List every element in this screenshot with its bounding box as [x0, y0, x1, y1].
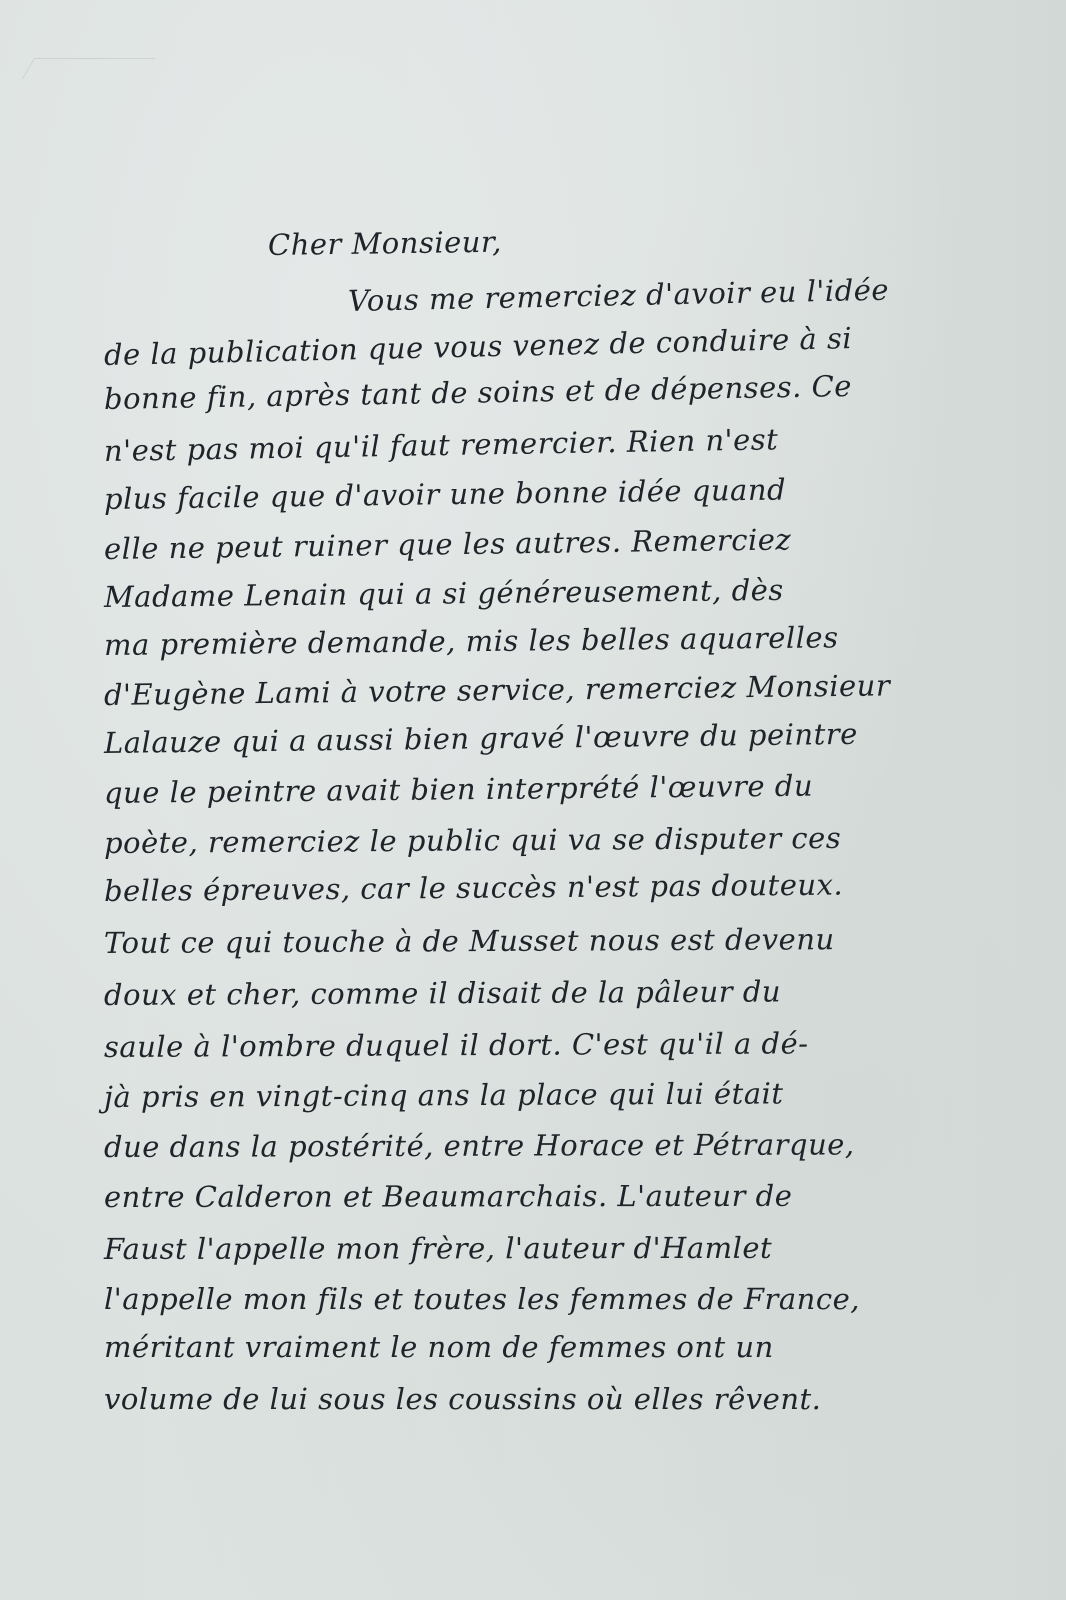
letter-line: méritant vraiment le nom de femmes ont u… — [104, 1330, 774, 1364]
letter-line: saule à l'ombre duquel il dort. C'est qu… — [104, 1026, 809, 1064]
letter-line: plus facile que d'avoir une bonne idée q… — [104, 472, 787, 516]
letter-line: bonne fin, après tant de soins et de dép… — [104, 369, 852, 416]
letter-line: ma première demande, mis les belles aqua… — [104, 620, 839, 662]
letter-line: que le peintre avait bien interprété l'œ… — [104, 769, 813, 810]
letter-line: Faust l'appelle mon frère, l'auteur d'Ha… — [104, 1231, 772, 1266]
letter-line: entre Calderon et Beaumarchais. L'auteur… — [104, 1179, 792, 1214]
letter-line: jà pris en vingt-cinq ans la place qui l… — [104, 1076, 784, 1114]
salutation: Cher Monsieur, — [268, 225, 502, 262]
letter-line: Madame Lenain qui a si généreusement, dè… — [104, 573, 784, 614]
letter-line: poète, remerciez le public qui va se dis… — [104, 821, 841, 860]
letter-line: de la publication que vous venez de cond… — [104, 321, 853, 372]
letter-line: Tout ce qui touche à de Musset nous est … — [104, 922, 835, 960]
letter-line: elle ne peut ruiner que les autres. Reme… — [104, 522, 792, 566]
letter-line: l'appelle mon fils et toutes les femmes … — [104, 1282, 860, 1316]
letter-line: due dans la postérité, entre Horace et P… — [104, 1127, 855, 1164]
letter-line: d'Eugène Lami à votre service, remerciez… — [104, 668, 891, 712]
letter-page: Cher Monsieur, Vous me remerciez d'avoir… — [0, 0, 1066, 1600]
letter-line: Lalauze qui a aussi bien gravé l'œuvre d… — [104, 717, 858, 760]
letter-line: belles épreuves, car le succès n'est pas… — [104, 868, 843, 908]
letter-line: n'est pas moi qu'il faut remercier. Rien… — [104, 422, 779, 468]
letter-line: volume de lui sous les coussins où elles… — [104, 1382, 821, 1416]
letter-line: Vous me remerciez d'avoir eu l'idée — [348, 273, 890, 318]
letter-line: doux et cher, comme il disait de la pâle… — [104, 974, 781, 1012]
handwritten-letter: Cher Monsieur, Vous me remerciez d'avoir… — [0, 0, 1066, 1600]
